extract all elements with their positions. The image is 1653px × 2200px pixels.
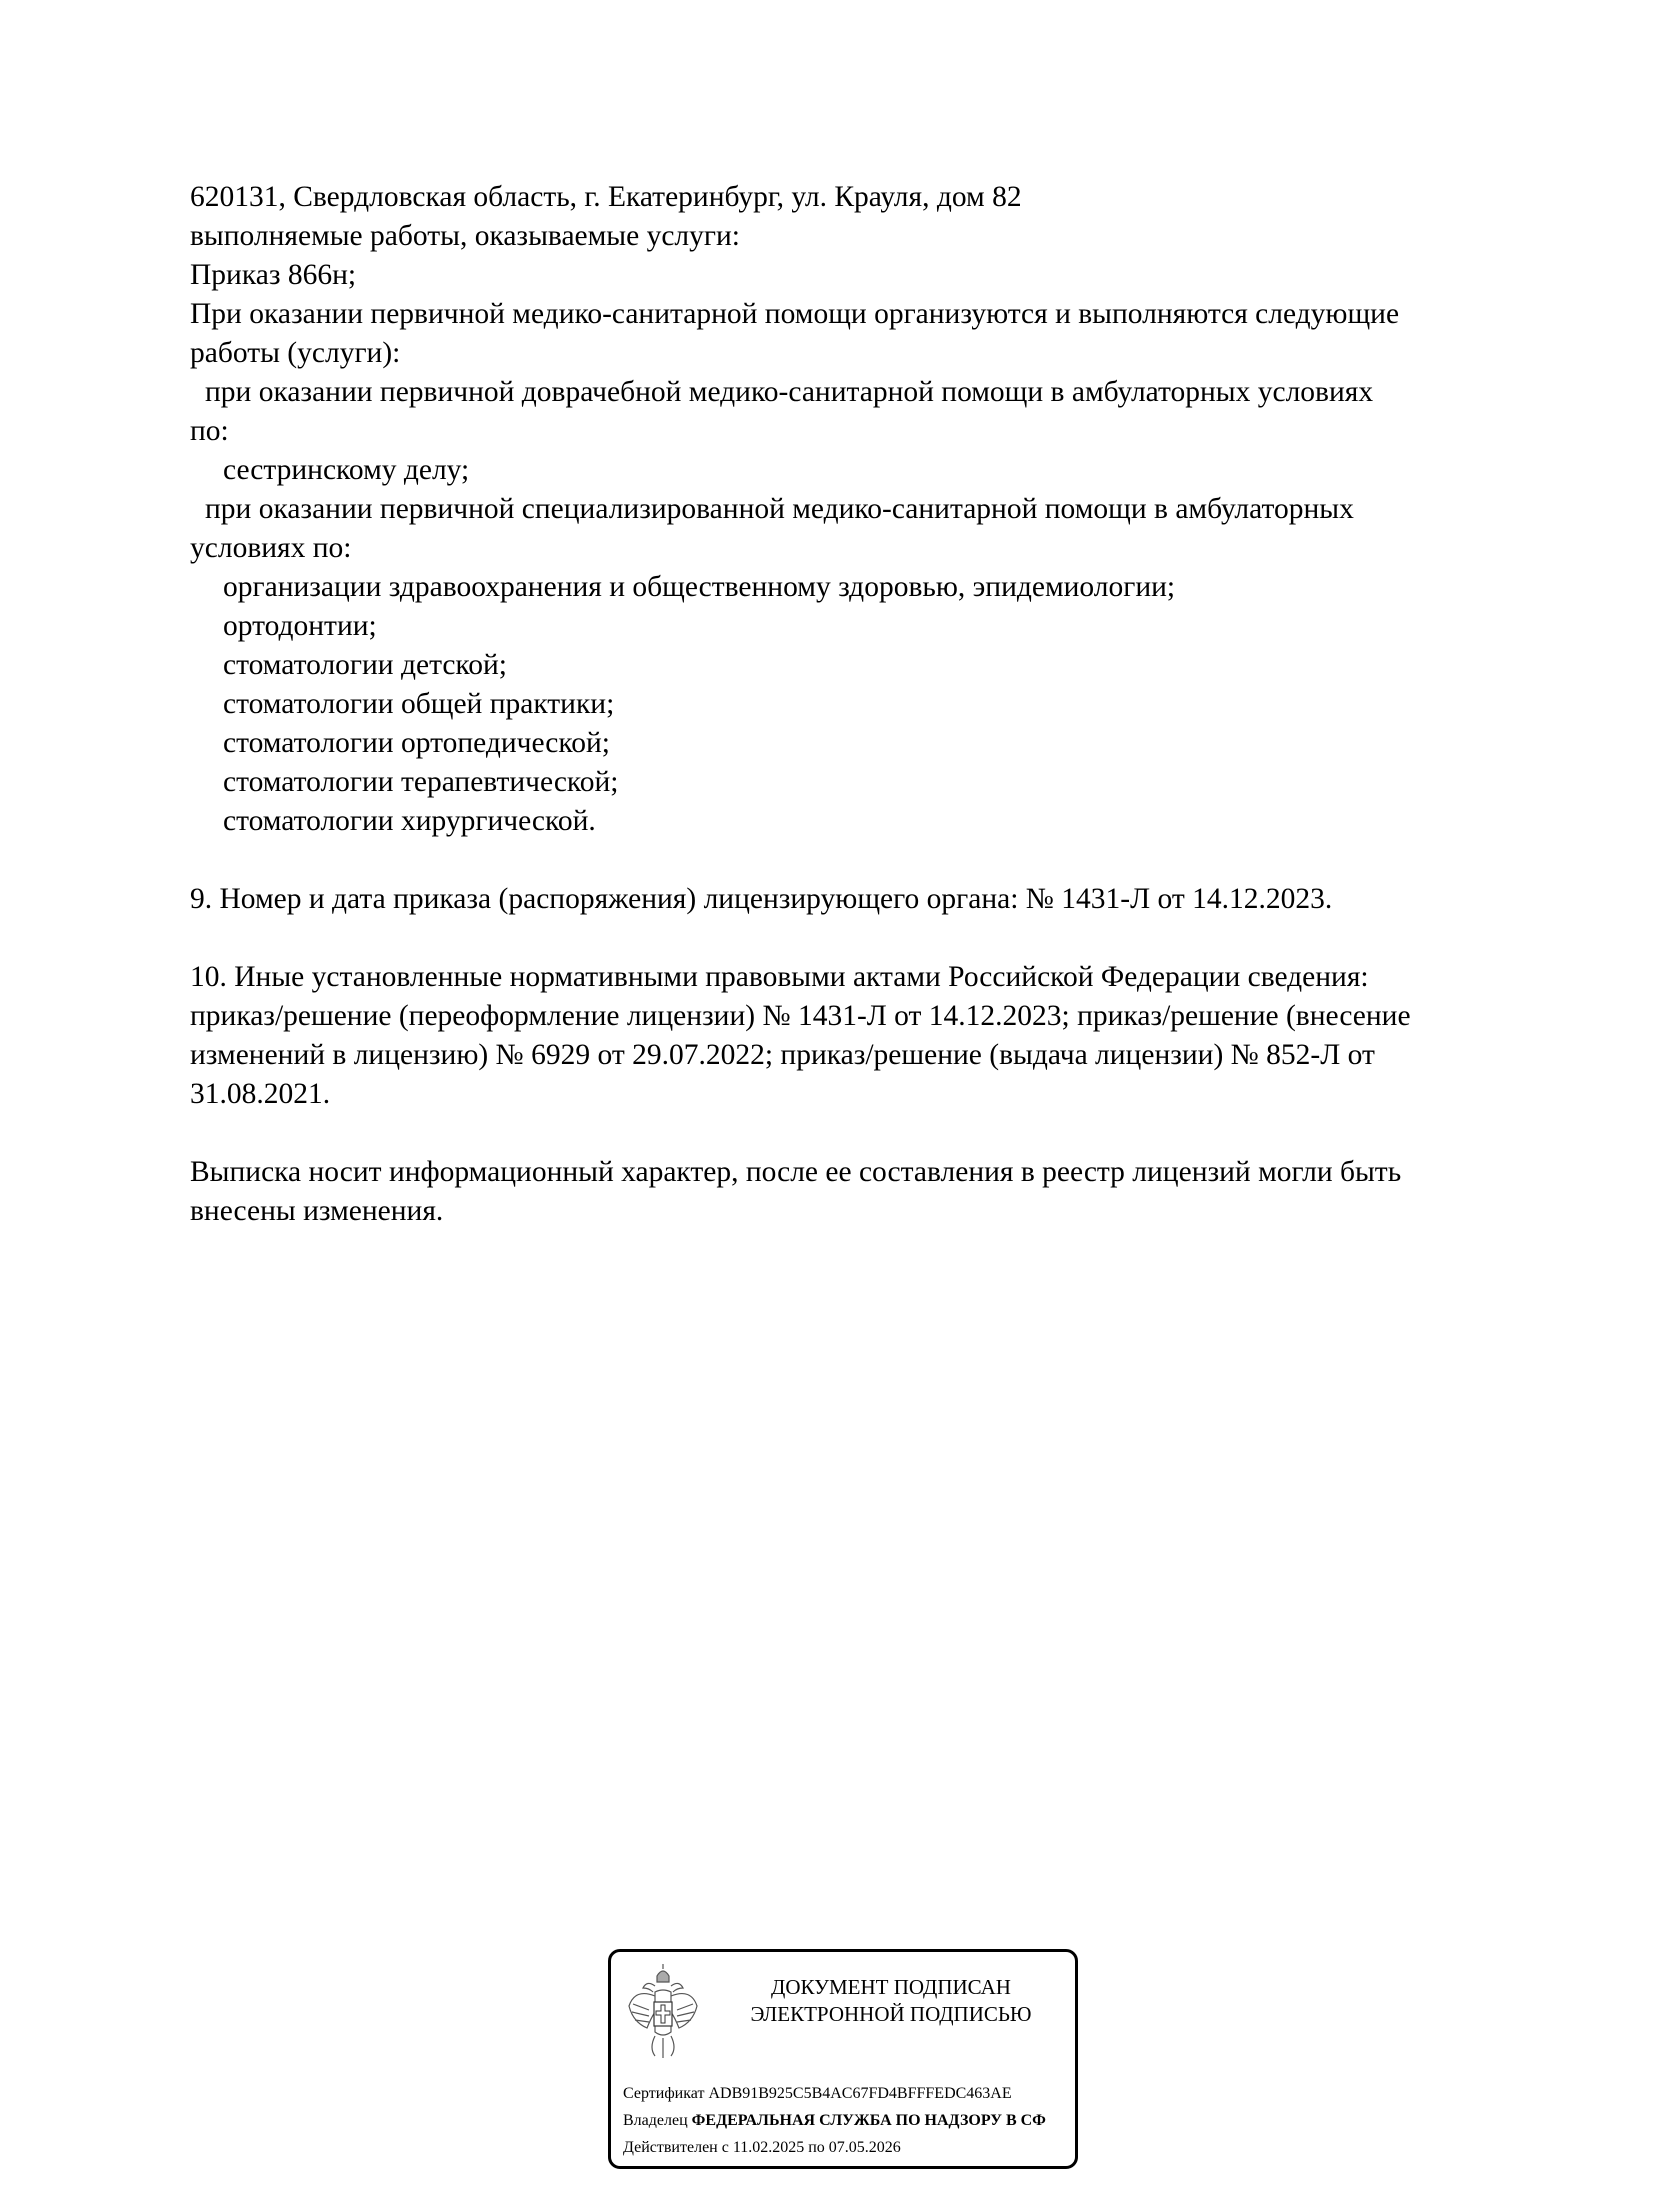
document-line: при оказании первичной доврачебной медик… [190, 373, 1590, 412]
document-line: стоматологии детской; [190, 646, 1590, 685]
owner-label: Владелец [623, 2112, 688, 2129]
document-page: 620131, Свердловская область, г. Екатери… [0, 0, 1653, 2200]
document-line: стоматологии ортопедической; [190, 724, 1590, 763]
signature-title-line1: ДОКУМЕНТ ПОДПИСАН [721, 1974, 1061, 2001]
document-line: внесены изменения. [190, 1192, 1590, 1231]
certificate-value: ADB91B925C5B4AC67FD4BFFFEDC463AE [708, 2085, 1011, 2102]
document-line: стоматологии терапевтической; [190, 763, 1590, 802]
signature-details: Сертификат ADB91B925C5B4AC67FD4BFFFEDC46… [623, 2080, 1046, 2161]
signature-title: ДОКУМЕНТ ПОДПИСАН ЭЛЕКТРОННОЙ ПОДПИСЬЮ [721, 1974, 1061, 2028]
document-line: 31.08.2021. [190, 1075, 1590, 1114]
document-line: приказ/решение (переоформление лицензии)… [190, 997, 1590, 1036]
blank-line [190, 919, 1590, 958]
document-line: 9. Номер и дата приказа (распоряжения) л… [190, 880, 1590, 919]
document-line: выполняемые работы, оказываемые услуги: [190, 217, 1590, 256]
document-line: условиях по: [190, 529, 1590, 568]
owner-row: Владелец ФЕДЕРАЛЬНАЯ СЛУЖБА ПО НАДЗОРУ В… [623, 2107, 1046, 2134]
document-line: при оказании первичной специализированно… [190, 490, 1590, 529]
document-line: стоматологии хирургической. [190, 802, 1590, 841]
document-line: работы (услуги): [190, 334, 1590, 373]
document-line: организации здравоохранения и общественн… [190, 568, 1590, 607]
owner-value: ФЕДЕРАЛЬНАЯ СЛУЖБА ПО НАДЗОРУ В СФ [692, 2112, 1046, 2129]
document-line: Приказ 866н; [190, 256, 1590, 295]
document-line: сестринскому делу; [190, 451, 1590, 490]
document-line: 620131, Свердловская область, г. Екатери… [190, 178, 1590, 217]
document-line: стоматологии общей практики; [190, 685, 1590, 724]
certificate-row: Сертификат ADB91B925C5B4AC67FD4BFFFEDC46… [623, 2080, 1046, 2107]
document-line: изменений в лицензию) № 6929 от 29.07.20… [190, 1036, 1590, 1075]
document-line: по: [190, 412, 1590, 451]
document-line: Выписка носит информационный характер, п… [190, 1153, 1590, 1192]
document-line: При оказании первичной медико-санитарной… [190, 295, 1590, 334]
blank-line [190, 1114, 1590, 1153]
validity-label: Действителен [623, 2139, 718, 2156]
signature-title-line2: ЭЛЕКТРОННОЙ ПОДПИСЬЮ [721, 2001, 1061, 2028]
double-headed-eagle-emblem-icon [625, 1962, 701, 2062]
blank-line [190, 841, 1590, 880]
validity-value: с 11.02.2025 по 07.05.2026 [722, 2139, 901, 2156]
certificate-label: Сертификат [623, 2085, 704, 2102]
electronic-signature-stamp: ДОКУМЕНТ ПОДПИСАН ЭЛЕКТРОННОЙ ПОДПИСЬЮ С… [608, 1949, 1078, 2169]
document-body: 620131, Свердловская область, г. Екатери… [190, 178, 1590, 1231]
document-line: ортодонтии; [190, 607, 1590, 646]
document-line: 10. Иные установленные нормативными прав… [190, 958, 1590, 997]
validity-row: Действителен с 11.02.2025 по 07.05.2026 [623, 2134, 1046, 2161]
